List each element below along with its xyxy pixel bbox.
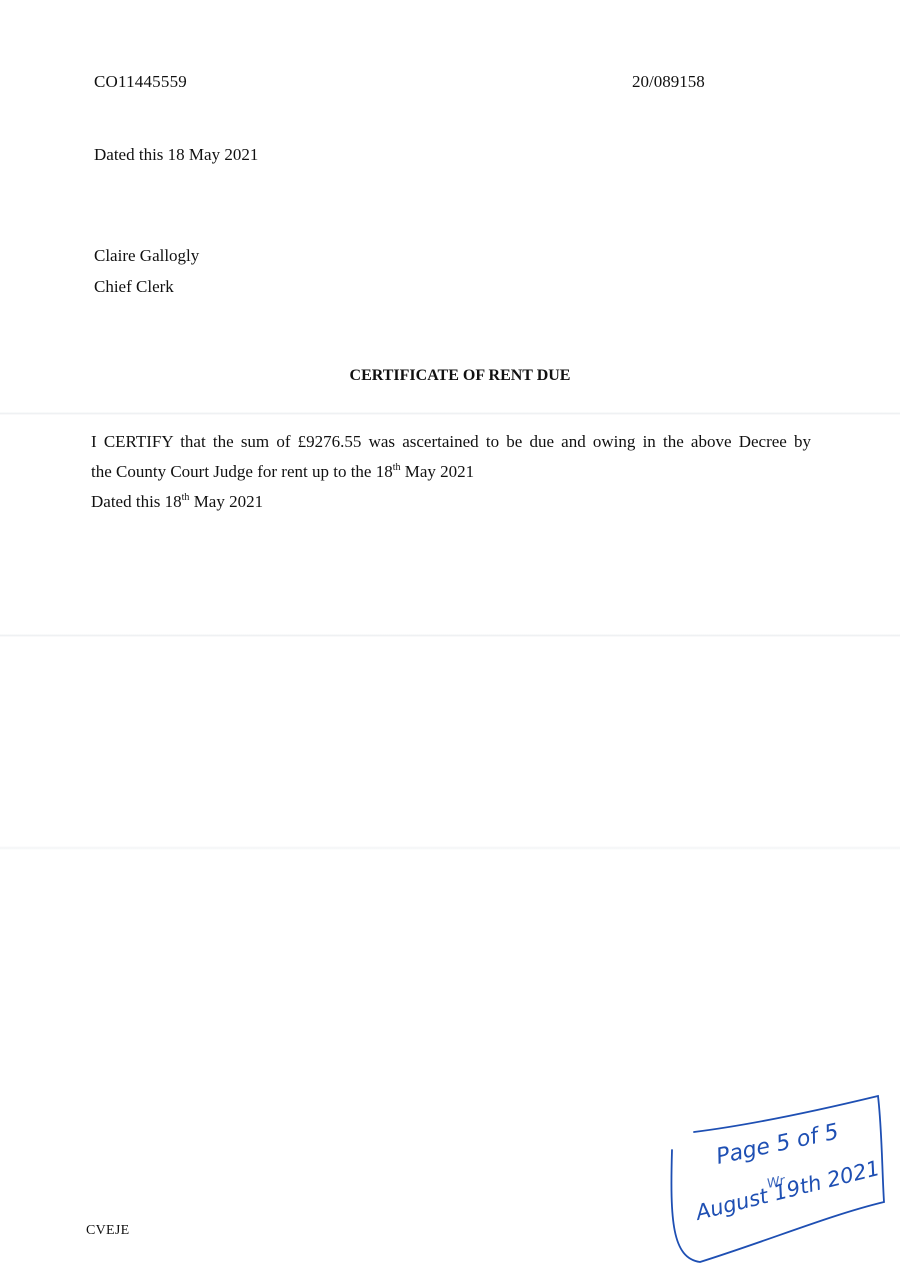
certificate-body: I CERTIFY that the sum of £9276.55 was a… [91,427,811,517]
certificate-line-1: I CERTIFY that the sum of £9276.55 was a… [91,427,811,457]
document-page: CO11445559 20/089158 Dated this 18 May 2… [0,0,900,1282]
ordinal-suffix: th [393,462,401,473]
certificate-line-2-date: May 2021 [401,462,475,481]
dated-line-text: Dated this 18 [91,492,182,511]
certificate-title: CERTIFICATE OF RENT DUE [0,367,900,385]
signatory-title: Chief Clerk [94,271,199,302]
case-reference-left: CO11445559 [94,72,187,92]
paper-fold-line [0,634,900,637]
footer-code: CVEJE [86,1223,130,1239]
dated-line-top: Dated this 18 May 2021 [94,145,258,165]
handwritten-box-icon: Page 5 of 5 Wr August 19th 2021 [660,1090,900,1270]
certificate-dated-line: Dated this 18th May 2021 [91,487,811,517]
dated-line-date: May 2021 [189,492,263,511]
paper-fold-line [0,846,900,850]
paper-fold-line [0,412,900,415]
signatory-block: Claire Gallogly Chief Clerk [94,240,199,302]
certificate-line-2-text: the County Court Judge for rent up to th… [91,462,393,481]
handwritten-page-stamp: Page 5 of 5 Wr August 19th 2021 [660,1090,900,1270]
certificate-line-2: the County Court Judge for rent up to th… [91,457,811,487]
signatory-name: Claire Gallogly [94,240,199,271]
case-reference-right: 20/089158 [632,72,705,92]
